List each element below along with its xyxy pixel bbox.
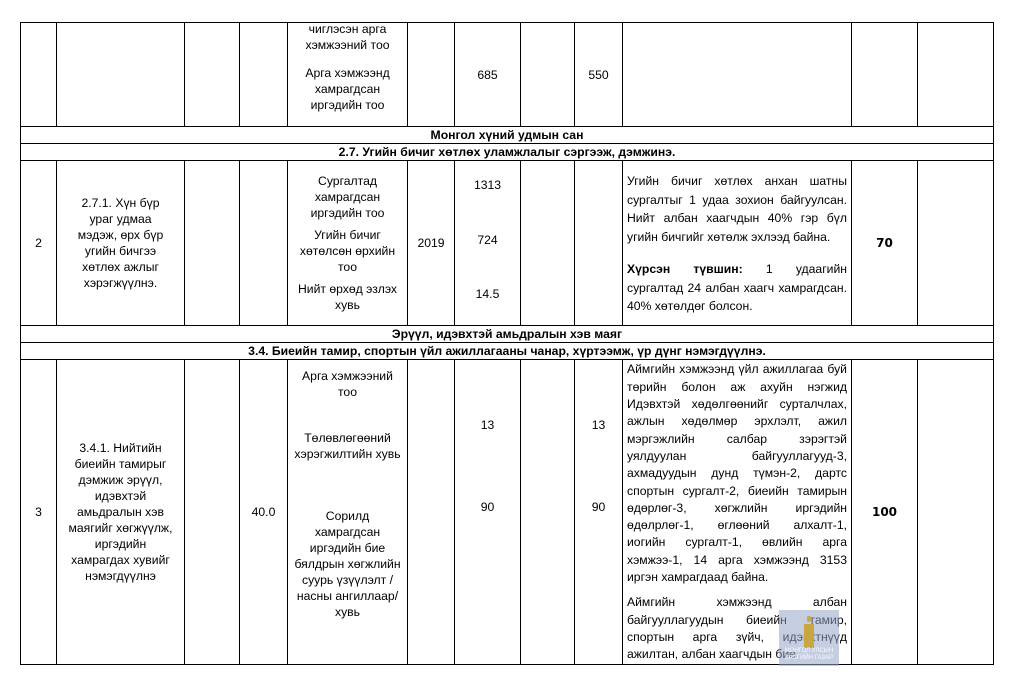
baseline-value: 90 [459,499,516,515]
description-text: Угийн бичиг хөтлөх анхан шатны сургалтыг… [627,172,847,246]
subsection-heading: 2.7. Угийн бичиг хөтлөх уламжлалыг сэргэ… [21,144,994,161]
empty-cell [521,23,575,127]
year-cell [408,360,455,665]
score-value: 100 [852,360,918,665]
year-cell [408,23,455,127]
score-cell [852,23,918,127]
empty-cell [521,161,575,326]
actual-values-cell: 13 90 [575,360,623,665]
empty-cell [185,23,240,127]
subsection-heading: 3.4. Биеийн тамир, спортын үйл ажиллагаа… [21,343,994,360]
row-number-cell: 2 [21,161,57,326]
indicator-text: Нийт өрхөд эзлэх хувь [292,281,403,313]
row-number-cell [21,23,57,127]
section-heading: Эрүүл, идэвхтэй амьдралын хэв маяг [21,326,994,343]
measure-cell: 3.4.1. Нийтийн биеийн тамирыг дэмжиж эрү… [57,360,185,665]
empty-cell [521,360,575,665]
description-cell [623,23,852,127]
section-row: Монгол хүний удмын сан [21,127,994,144]
baseline-values-cell: 1313 724 14.5 [455,161,521,326]
indicator-text: Сорилд хамрагдсан иргэдийн бие бялдрын х… [292,508,403,620]
report-table: чиглэсэн арга хэмжээний тоо Арга хэмжээн… [20,22,994,665]
section-row: Эрүүл, идэвхтэй амьдралын хэв маяг [21,326,994,343]
table-row: 2 2.7.1. Хүн бүр ураг удмаа мэдэж, өрх б… [21,161,994,326]
row-number-cell: 3 [21,360,57,665]
measure-cell: 2.7.1. Хүн бүр ураг удмаа мэдэж, өрх бүр… [57,161,185,326]
description-text: Аймгийн хэмжээнд үйл ажиллагаа буй төрий… [627,361,847,586]
note-cell [918,23,994,127]
indicator-cell: Сургалтад хамрагдсан иргэдийн тоо Угийн … [288,161,408,326]
measure-cell [57,23,185,127]
budget-cell: 40.0 [240,360,288,665]
indicator-text: Угийн бичиг хөтөлсөн өрхийн тоо [292,227,403,275]
description-cell: Угийн бичиг хөтлөх анхан шатны сургалтыг… [623,161,852,326]
indicator-cell: Арга хэмжээний тоо Төлөвлөгөөний хэрэгжи… [288,360,408,665]
government-watermark-logo: МОНГОЛ УЛСЫН ЗАСГИЙН ГАЗАР [779,610,839,666]
note-cell [918,161,994,326]
baseline-value: 14.5 [459,286,516,302]
baseline-value: 685 [455,23,521,127]
subsection-row: 3.4. Биеийн тамир, спортын үйл ажиллагаа… [21,343,994,360]
actual-cell [575,161,623,326]
subsection-row: 2.7. Угийн бичиг хөтлөх уламжлалыг сэргэ… [21,144,994,161]
section-heading: Монгол хүний удмын сан [21,127,994,144]
note-cell [918,360,994,665]
budget-cell [240,161,288,326]
baseline-value: 13 [459,417,516,433]
achieved-label: Хүрсэн түвшин: [627,262,743,276]
watermark-text: МОНГОЛ УЛСЫН ЗАСГИЙН ГАЗАР [781,648,837,662]
table-row: 3 3.4.1. Нийтийн биеийн тамирыг дэмжиж э… [21,360,994,665]
baseline-values-cell: 13 90 [455,360,521,665]
baseline-value: 1313 [459,177,516,193]
year-cell: 2019 [408,161,455,326]
budget-cell [240,23,288,127]
actual-value: 13 [579,417,618,433]
score-value: 70 [852,161,918,326]
actual-value: 550 [575,23,623,127]
table-row: чиглэсэн арга хэмжээний тоо Арга хэмжээн… [21,23,994,127]
indicator-text: чиглэсэн арга хэмжээний тоо [292,23,403,54]
empty-cell [185,360,240,665]
indicator-text: Төлөвлөгөөний хэрэгжилтийн хувь [292,430,403,462]
indicator-cell: чиглэсэн арга хэмжээний тоо Арга хэмжээн… [288,23,408,127]
soyombo-emblem-icon [803,616,815,648]
baseline-value: 724 [459,232,516,248]
indicator-text: Сургалтад хамрагдсан иргэдийн тоо [292,173,403,221]
empty-cell [185,161,240,326]
indicator-text: Арга хэмжээний тоо [292,368,403,400]
indicator-text: Арга хэмжээнд хамрагдсан иргэдийн тоо [292,65,403,113]
actual-value: 90 [579,499,618,515]
